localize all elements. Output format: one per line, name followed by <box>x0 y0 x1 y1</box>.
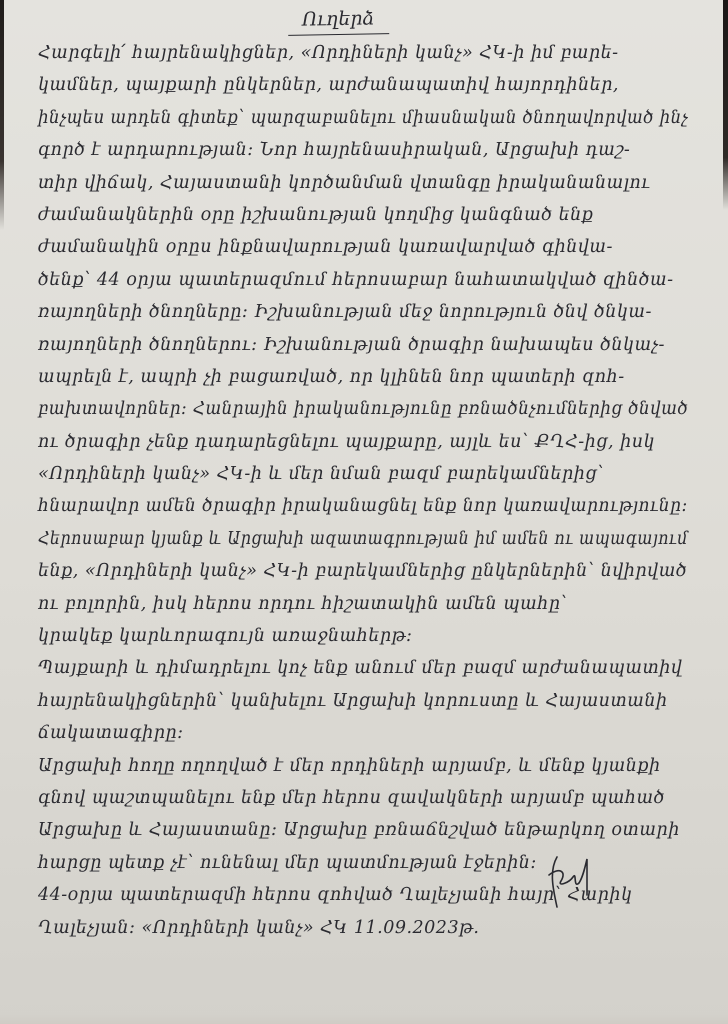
letter-line: Հարգելի՛ հայրենակիցներ, «Որդիների կանչ» … <box>38 37 698 69</box>
letter-line: Հերոսաբար կյանք և Արցախի ազատագրության ի… <box>38 523 640 555</box>
letter-line: ժամանակին օրըս ինքնավարության կառավարված… <box>38 231 698 263</box>
letter-line-text: ճակատագիրը: <box>38 723 184 743</box>
letter-line: 44-օրյա պատերազմի հերոս զոհված Ղալեչյանի… <box>38 879 698 911</box>
letter-line-text: գործ է արդարության: Նոր հայրենասիրական, … <box>38 140 630 160</box>
letter-line: կամներ, պայքարի ընկերներ, արժանապատիվ հա… <box>38 69 698 101</box>
letter-line-text: հարցը պետք չէ՝ ունենալ մեր պատմության էջ… <box>38 853 537 873</box>
letter-line: ծենք՝ 44 օրյա պատերազմում հերոսաբար նահա… <box>38 264 698 296</box>
letter-line-text: ռայողների ծնողները: Իշխանության մեջ նորո… <box>38 302 652 322</box>
letter-line: Արցախը և Հայաստանը: Արցախը բռնաճնշված են… <box>38 814 698 846</box>
letter-line: գործ է արդարության: Նոր հայրենասիրական, … <box>38 134 698 166</box>
letter-title-text: Ուղերձ <box>287 7 388 36</box>
letter-line: հարցը պետք չէ՝ ունենալ մեր պատմության էջ… <box>38 847 698 879</box>
letter-line-text: Ղալեչյան: «Որդիների կանչ» ՀԿ 11.09.2023թ… <box>38 918 479 938</box>
letter-line: բախտավորներ: Հանրային իրականությունը բռն… <box>38 393 668 425</box>
letter-line: հայրենակիցներին՝ կանխելու Արցախի կորուստ… <box>38 685 698 717</box>
letter-line-text: Հերոսաբար կյանք և Արցախի ազատագրության ի… <box>38 529 688 549</box>
photo-edge-bottom <box>0 1014 728 1024</box>
letter-line: Ղալեչյան: «Որդիների կանչ» ՀԿ 11.09.2023թ… <box>38 912 698 944</box>
letter-line: գնով պաշտպանելու ենք մեր հերոս զավակների… <box>38 782 698 814</box>
letter-line-text: ռայողների ծնողներու: Իշխանության ծրագիր … <box>38 335 665 355</box>
letter-line: ճակատագիրը: <box>38 717 698 749</box>
letter-line-text: Հարգելի՛ հայրենակիցներ, «Որդիների կանչ» … <box>38 43 619 63</box>
letter-line-text: ծենք՝ 44 օրյա պատերազմում հերոսաբար նահա… <box>38 270 674 290</box>
letter-line: տիր վիճակ, Հայաստանի կործանման վտանգը իր… <box>38 167 698 199</box>
letter-line-text: Արցախը և Հայաստանը: Արցախը բռնաճնշված են… <box>38 820 680 840</box>
letter-line-text: ժամանակին օրըս ինքնավարության կառավարված… <box>38 237 613 257</box>
letter-line-text: գնով պաշտպանելու ենք մեր հերոս զավակների… <box>38 788 665 808</box>
letter-title: Ուղերձ <box>0 8 698 37</box>
letter-line: ինչպես արդեն գիտեք՝ պարզաբանելու միասնակ… <box>38 102 664 134</box>
letter-line: ու բոլորին, իսկ հերոս որդու հիշատակին ամ… <box>38 588 698 620</box>
letter-line: ժամանակներին օրը իշխանության կողմից կանգ… <box>38 199 698 231</box>
letter-line-text: ապրելն է, ապրի չի բացառված, որ կլինեն նո… <box>38 367 625 387</box>
letter-line-text: ժամանակներին օրը իշխանության կողմից կանգ… <box>38 205 593 225</box>
letter-line-text: ու բոլորին, իսկ հերոս որդու հիշատակին ամ… <box>38 594 567 614</box>
letter-line-text: հնարավոր ամեն ծրագիր իրականացնել ենք նոր… <box>38 496 688 516</box>
letter-sheet: Ուղերձ Հարգելի՛ հայրենակիցներ, «Որդիների… <box>38 8 698 944</box>
letter-line-text: կամներ, պայքարի ընկերներ, արժանապատիվ հա… <box>38 75 619 95</box>
letter-line-text: կրակեք կարևորագույն առաջնահերթ: <box>38 626 412 646</box>
letter-line-text: Պայքարի և դիմադրելու կոչ ենք անում մեր բ… <box>38 658 682 678</box>
letter-line: «Որդիների կանչ» ՀԿ-ի և մեր նման բազմ բար… <box>38 458 698 490</box>
letter-line: Պայքարի և դիմադրելու կոչ ենք անում մեր բ… <box>38 652 698 684</box>
signature-mark <box>543 849 595 913</box>
letter-line: ռայողների ծնողներու: Իշխանության ծրագիր … <box>38 329 698 361</box>
letter-line-text: «Որդիների կանչ» ՀԿ-ի և մեր նման բազմ բար… <box>38 464 604 484</box>
letter-body: Հարգելի՛ հայրենակիցներ, «Որդիների կանչ» … <box>38 37 698 944</box>
letter-line: ապրելն է, ապրի չի բացառված, որ կլինեն նո… <box>38 361 698 393</box>
letter-line-text: ենք, «Որդիների կանչ» ՀԿ-ի բարեկամներից ը… <box>38 561 687 581</box>
letter-line-text: Արցախի հողը ողողված է մեր որդիների արյամ… <box>38 756 661 776</box>
letter-line: Արցախի հողը ողողված է մեր որդիների արյամ… <box>38 750 698 782</box>
letter-line: ենք, «Որդիների կանչ» ՀԿ-ի բարեկամներից ը… <box>38 555 698 587</box>
letter-line-text: հայրենակիցներին՝ կանխելու Արցախի կորուստ… <box>38 691 668 711</box>
letter-line: կրակեք կարևորագույն առաջնահերթ: <box>38 620 698 652</box>
letter-line-text: բախտավորներ: Հանրային իրականությունը բռն… <box>38 399 688 419</box>
letter-line-text: ու ծրագիր չենք դադարեցնելու պայքարը, այլ… <box>38 432 655 452</box>
letter-line-text: ինչպես արդեն գիտեք՝ պարզաբանելու միասնակ… <box>38 108 688 128</box>
letter-line: ռայողների ծնողները: Իշխանության մեջ նորո… <box>38 296 698 328</box>
letter-line: ու ծրագիր չենք դադարեցնելու պայքարը, այլ… <box>38 426 698 458</box>
photo-edge-right <box>723 0 728 210</box>
letter-line-text: տիր վիճակ, Հայաստանի կործանման վտանգը իր… <box>38 173 650 193</box>
letter-line: հնարավոր ամեն ծրագիր իրականացնել ենք նոր… <box>38 490 681 522</box>
